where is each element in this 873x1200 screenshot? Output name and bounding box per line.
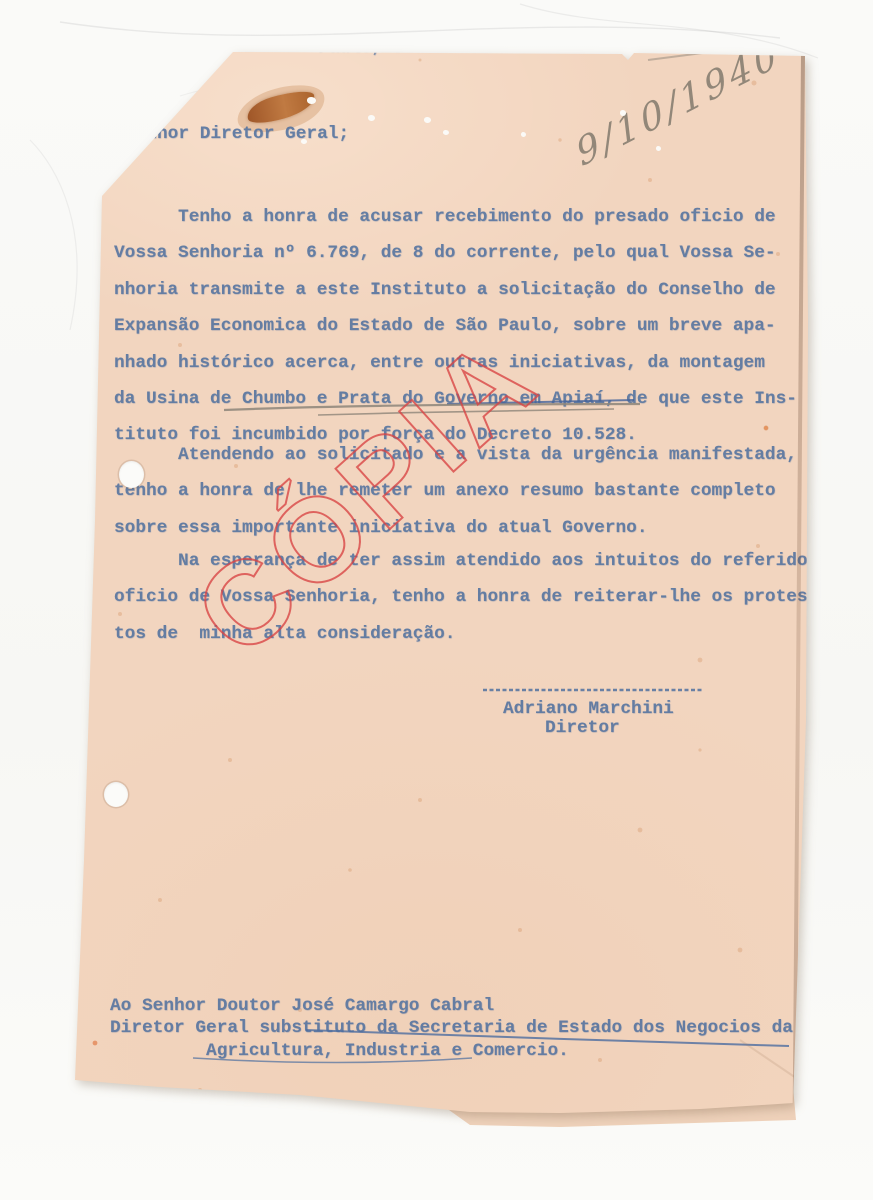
pencil-stroke-top bbox=[648, 50, 726, 60]
punch-hole-bottom bbox=[104, 782, 128, 807]
punch-hole-top bbox=[119, 461, 144, 488]
letter-page-wrap: Paulo, 9 de Outubro de 1940 9/10/1940 Se… bbox=[0, 0, 873, 1200]
recipient-block: Ao Senhor Doutor José Camargo Cabral Dir… bbox=[110, 995, 793, 1062]
paper-chip bbox=[443, 130, 449, 135]
ink-underline-secretaria bbox=[306, 1030, 789, 1046]
copia-stamp-text: CÓPIA bbox=[171, 310, 563, 682]
paper-chip bbox=[301, 139, 307, 144]
paper-chip bbox=[424, 117, 431, 123]
paper-chip bbox=[656, 146, 661, 151]
paper-chip bbox=[368, 115, 375, 121]
foxing-spots bbox=[0, 0, 873, 1200]
pencil-underline-2 bbox=[318, 409, 614, 415]
annotation-lines bbox=[0, 0, 873, 1200]
paper-chip bbox=[521, 132, 526, 137]
body-paragraph-3: Na esperança de ter assim atendido aos i… bbox=[114, 543, 818, 652]
body-paragraph-1: Tenho a honra de acusar recebimento do p… bbox=[114, 199, 797, 454]
dateline-fragment: Paulo, 9 de Outubro de 1940 bbox=[318, 38, 606, 58]
signature-name: Adriano Marchini bbox=[503, 699, 674, 719]
tape-stain bbox=[244, 86, 318, 128]
scanned-document: Paulo, 9 de Outubro de 1940 9/10/1940 Se… bbox=[0, 0, 873, 1200]
paper-chip bbox=[307, 97, 316, 104]
paper-chip bbox=[620, 110, 626, 116]
ink-underline-agricultura bbox=[193, 1058, 472, 1063]
handwritten-date: 9/10/1940 bbox=[571, 52, 744, 175]
salutation: Senhor Diretor Geral; bbox=[125, 124, 349, 144]
pencil-underline-1 bbox=[224, 404, 640, 410]
crease-line bbox=[740, 1040, 802, 1082]
body-paragraph-2: Atendendo ao solicitado e a vista da urg… bbox=[114, 437, 797, 546]
tape-stain-halo bbox=[232, 77, 330, 141]
copia-stamp: CÓPIA bbox=[0, 0, 873, 1200]
letter-page: Paulo, 9 de Outubro de 1940 9/10/1940 Se… bbox=[0, 0, 873, 1200]
signature-title: Diretor bbox=[545, 718, 620, 738]
ink-underline-apiai bbox=[447, 400, 634, 404]
paper-right-edge-shadow bbox=[793, 54, 805, 1106]
